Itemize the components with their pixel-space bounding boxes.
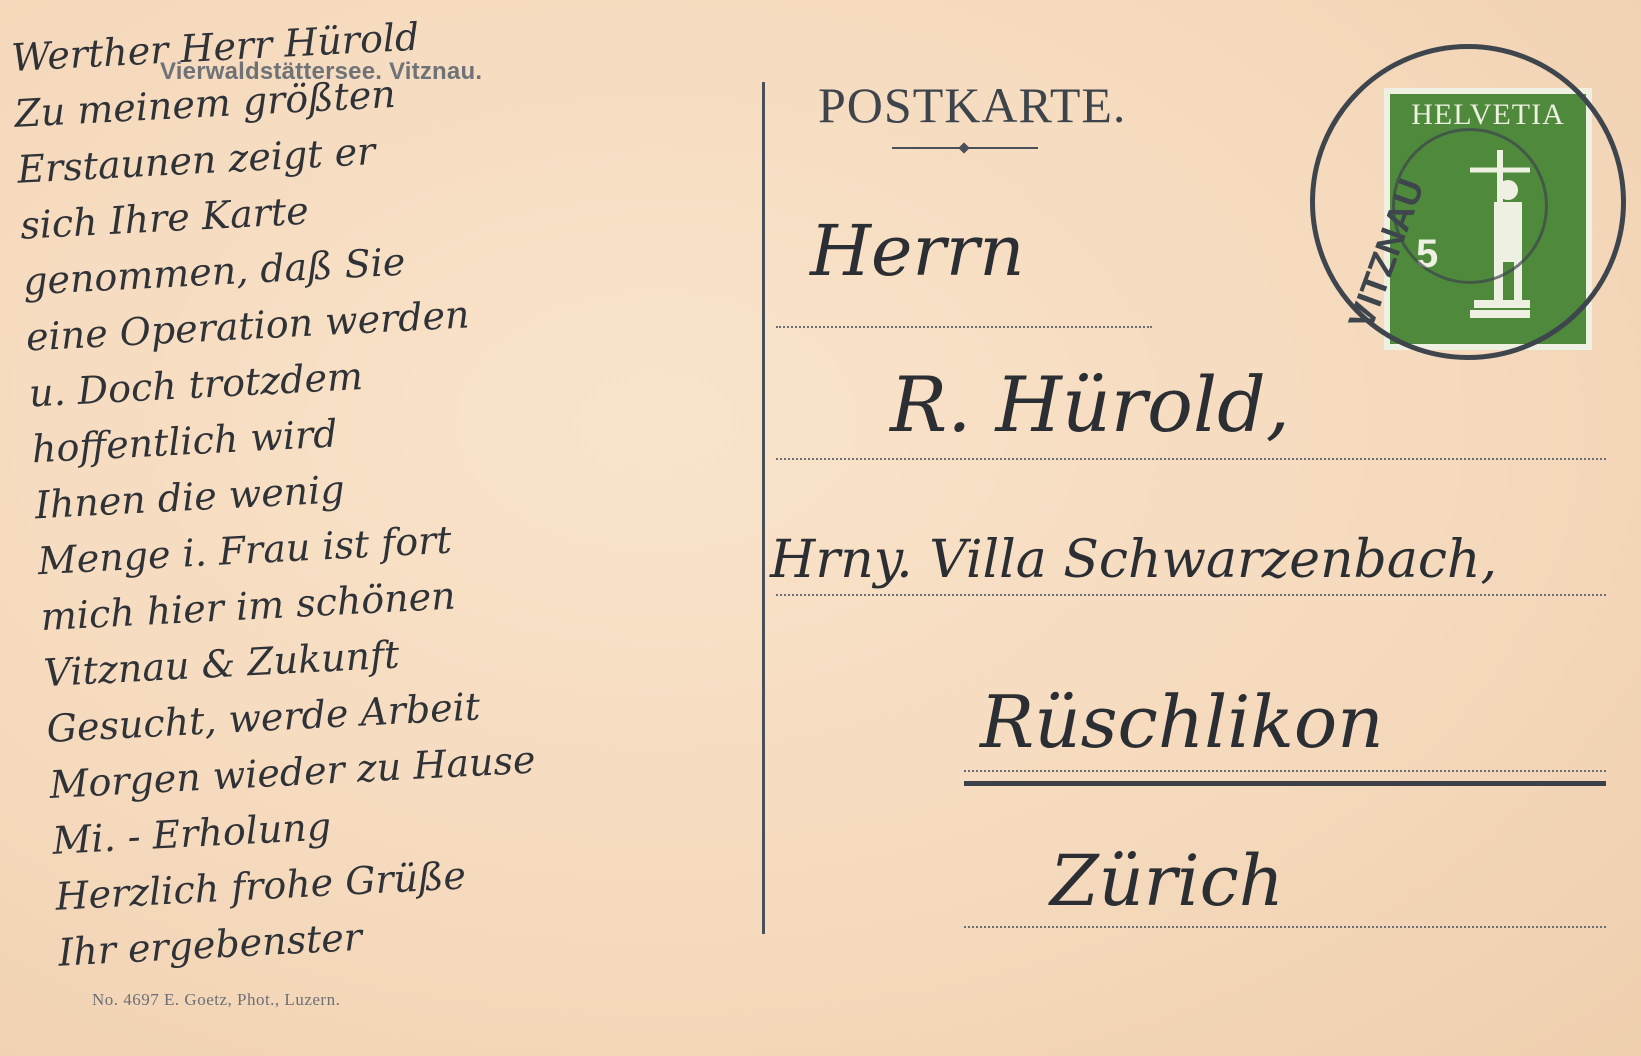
publisher-imprint: No. 4697 E. Goetz, Phot., Luzern. — [92, 990, 340, 1010]
address-line-2 — [776, 458, 1606, 460]
address-line-4 — [964, 770, 1606, 772]
address-line-3 — [776, 594, 1606, 596]
town-underline — [964, 781, 1606, 786]
title-flourish — [892, 146, 1038, 150]
address-street: Hrny. Villa Schwarzenbach, — [770, 530, 1497, 590]
address-line-5 — [964, 926, 1606, 928]
handwritten-message: Werther Herr Hürold Zu meinem größten Er… — [10, 0, 799, 981]
address-name: R. Hürold, — [890, 360, 1290, 449]
postcard: Vierwaldstättersee. Vitznau. POSTKARTE. … — [0, 0, 1641, 1056]
address-salutation: Herrn — [810, 210, 1024, 292]
postcard-title: POSTKARTE. — [818, 76, 1126, 134]
address-canton: Zürich — [1050, 840, 1284, 922]
address-town: Rüschlikon — [980, 680, 1384, 764]
address-line-1 — [776, 326, 1152, 328]
flourish-diamond — [958, 142, 969, 153]
